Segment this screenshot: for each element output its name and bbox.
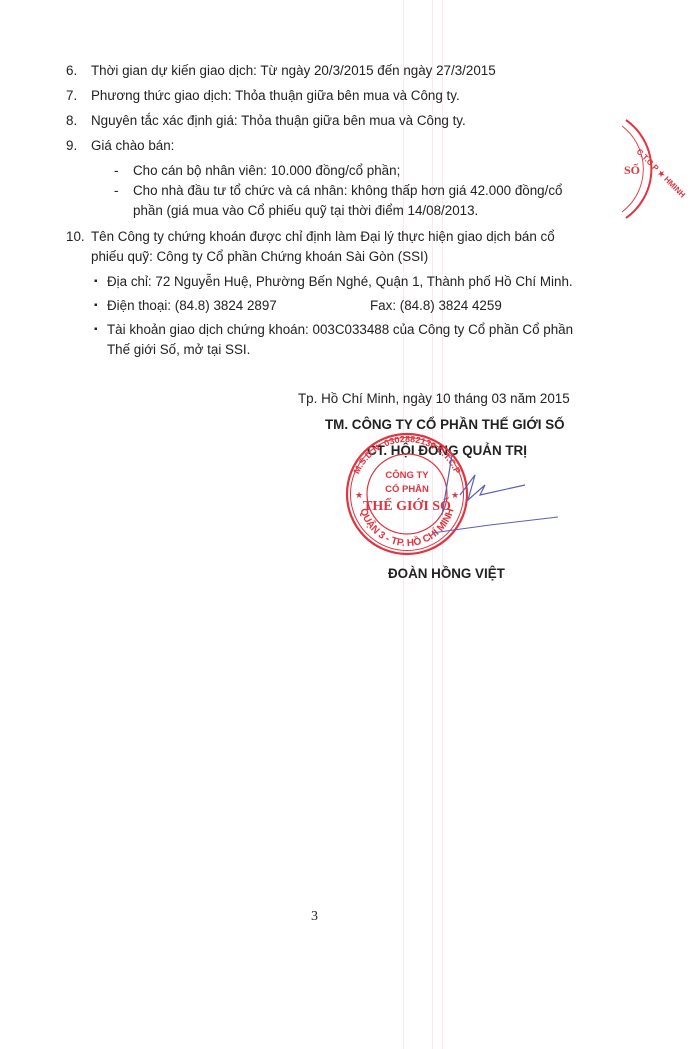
item-number: 7. [66, 88, 77, 104]
svg-text:SỐ: SỐ [624, 162, 640, 177]
phone-text: Điện thoại: (84.8) 3824 2897 [107, 298, 277, 314]
item-number: 10. [66, 229, 85, 245]
svg-text:C.T.C.P ★ HMINH: C.T.C.P ★ HMINH [635, 147, 688, 200]
item-text: Nguyên tắc xác định giá: Thỏa thuận giữa… [91, 113, 466, 129]
svg-text:CỔ PHẦN: CỔ PHẦN [385, 483, 429, 495]
document-page: 6. Thời gian dự kiến giao dịch: Từ ngày … [0, 0, 700, 1049]
item-text: Tên Công ty chứng khoán được chỉ định là… [91, 229, 555, 245]
bullet-marker: ▪ [94, 274, 98, 290]
handwritten-signature-icon [430, 455, 560, 545]
item-text: Phương thức giao dịch: Thỏa thuận giữa b… [91, 88, 460, 104]
item-number: 9. [66, 138, 77, 154]
item-text: phiếu quỹ: Công ty Cổ phần Chứng khoán S… [91, 249, 428, 265]
place-date: Tp. Hồ Chí Minh, ngày 10 tháng 03 năm 20… [298, 391, 570, 407]
sub-item-text: Cho cán bộ nhân viên: 10.000 đồng/cổ phầ… [133, 163, 400, 179]
item-number: 8. [66, 113, 77, 129]
svg-text:CÔNG TY: CÔNG TY [385, 469, 429, 481]
page-number: 3 [311, 909, 318, 925]
item-number: 6. [66, 63, 77, 79]
signer-name: ĐOÀN HỒNG VIỆT [388, 566, 505, 582]
dash-marker: - [114, 183, 118, 199]
item-text: Thời gian dự kiến giao dịch: Từ ngày 20/… [91, 63, 496, 79]
partial-seal-icon: C.T.C.P ★ HMINH SỐ [596, 112, 700, 224]
bullet-marker: ▪ [94, 322, 98, 338]
account-text: Tài khoản giao dịch chứng khoán: 003C033… [107, 322, 573, 338]
account-text: Thế giới Số, mở tại SSI. [107, 342, 250, 358]
fax-text: Fax: (84.8) 3824 4259 [370, 298, 502, 314]
address-text: Địa chỉ: 72 Nguyễn Huệ, Phường Bến Nghé,… [107, 274, 573, 290]
sub-item-text: phần (giá mua vào Cổ phiếu quỹ tại thời … [133, 203, 478, 219]
svg-text:★: ★ [355, 490, 363, 500]
bullet-marker: ▪ [94, 298, 98, 314]
sub-item-text: Cho nhà đầu tư tổ chức và cá nhân: không… [133, 183, 562, 199]
dash-marker: - [114, 163, 118, 179]
item-text: Giá chào bán: [91, 138, 174, 154]
